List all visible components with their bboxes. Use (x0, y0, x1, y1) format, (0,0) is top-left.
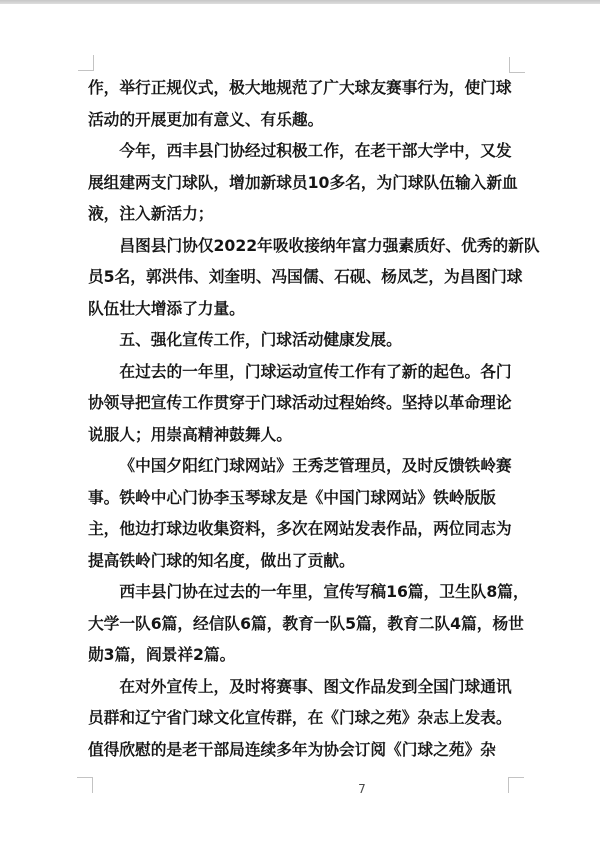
margin-crop-mark-top-right (509, 57, 525, 73)
text-line: 作，举行正规仪式，极大地规范了广大球友赛事行为，使门球 (88, 72, 516, 104)
margin-crop-mark-top-left (78, 55, 94, 71)
text-line: 勋3篇，阎景祥2篇。 (88, 639, 516, 671)
text-line: 提高铁岭门球的知名度，做出了贡献。 (88, 545, 516, 577)
margin-crop-mark-bottom-right (508, 777, 524, 793)
text-line: 员群和辽宁省门球文化宣传群，在《门球之苑》杂志上发表。 (88, 702, 516, 734)
text-line: 协领导把宣传工作贯穿于门球活动过程始终。坚持以革命理论 (88, 387, 516, 419)
margin-crop-mark-bottom-left (77, 777, 93, 793)
text-line: 队伍壮大增添了力量。 (88, 293, 516, 325)
text-line: 展组建两支门球队，增加新球员10多名，为门球队伍输入新血 (88, 167, 516, 199)
text-line: 活动的开展更加有意义、有乐趣。 (88, 104, 516, 136)
text-line: 值得欣慰的是老干部局连续多年为协会订阅《门球之苑》杂 (88, 734, 516, 766)
text-line: 主，他边打球边收集资料，多次在网站发表作品，两位同志为 (88, 513, 516, 545)
scanned-document-page: 作，举行正规仪式，极大地规范了广大球友赛事行为，使门球活动的开展更加有意义、有乐… (0, 0, 600, 850)
text-line: 《中国夕阳红门球网站》王秀芝管理员，及时反馈铁岭赛 (88, 450, 516, 482)
text-line: 在过去的一年里，门球运动宣传工作有了新的起色。各门 (88, 356, 516, 388)
text-line: 说服人；用崇高精神鼓舞人。 (88, 419, 516, 451)
text-block: 作，举行正规仪式，极大地规范了广大球友赛事行为，使门球活动的开展更加有意义、有乐… (88, 72, 516, 765)
scan-top-edge-shadow (0, 0, 600, 4)
text-line: 事。铁岭中心门协李玉琴球友是《中国门球网站》铁岭版版 (88, 482, 516, 514)
text-line: 大学一队6篇，经信队6篇，教育一队5篇，教育二队4篇，杨世 (88, 608, 516, 640)
text-line: 今年，西丰县门协经过积极工作，在老干部大学中，又发 (88, 135, 516, 167)
text-line: 在对外宣传上，及时将赛事、图文作品发到全国门球通讯 (88, 671, 516, 703)
text-line: 西丰县门协在过去的一年里，宣传写稿16篇，卫生队8篇， (88, 576, 516, 608)
text-line: 昌图县门协仅2022年吸收接纳年富力强素质好、优秀的新队 (88, 230, 516, 262)
text-line: 员5名，郭洪伟、刘奎明、冯国儒、石砚、杨凤芝，为昌图门球 (88, 261, 516, 293)
text-line: 五、强化宣传工作，门球活动健康发展。 (88, 324, 516, 356)
text-line: 液，注入新活力； (88, 198, 516, 230)
page-number: 7 (352, 782, 372, 796)
